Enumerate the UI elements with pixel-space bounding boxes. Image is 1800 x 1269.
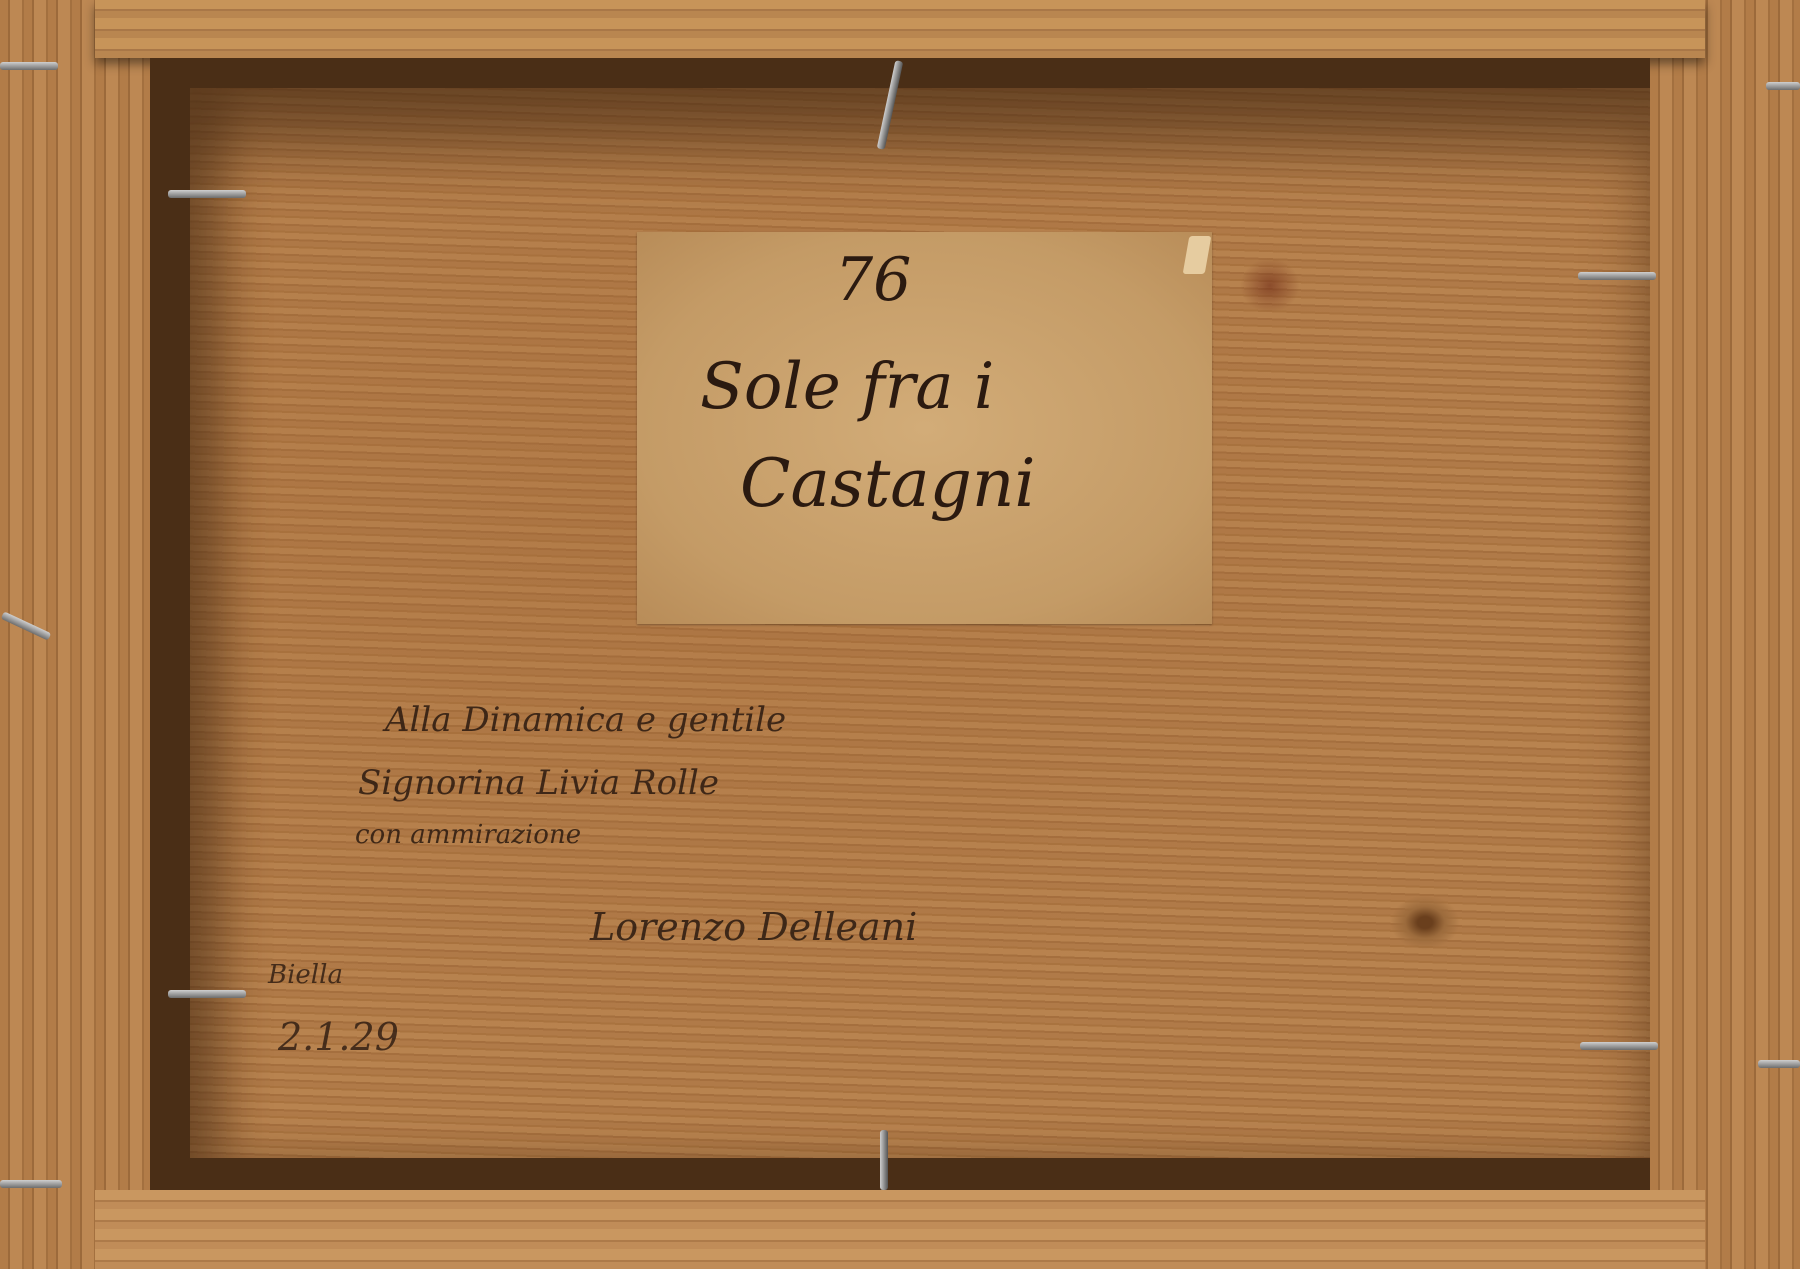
nail-icon: [168, 190, 246, 198]
inscription-line2: Signorina Livia Rolle: [358, 763, 719, 803]
frame-left-rail: [0, 0, 150, 1269]
inscription-line3: con ammirazione: [355, 820, 581, 850]
nail-icon: [1580, 1042, 1658, 1050]
nail-icon: [1758, 1060, 1800, 1068]
inscription-line1: Alla Dinamica e gentile: [385, 700, 786, 740]
nail-icon: [1578, 272, 1656, 280]
label-number: 76: [835, 245, 911, 315]
inscription-date: 2.1.29: [278, 1015, 399, 1059]
frame-top-rail: [95, 0, 1705, 58]
nail-icon: [168, 990, 246, 998]
nail-icon: [880, 1130, 888, 1190]
frame-bottom-rail: [95, 1190, 1705, 1269]
nail-icon: [0, 1180, 62, 1188]
label-title-line1: Sole fra i: [700, 350, 994, 424]
paper-label: [637, 232, 1212, 624]
signature: Lorenzo Delleani: [590, 905, 917, 949]
nail-icon: [1766, 82, 1800, 90]
nail-icon: [0, 62, 58, 70]
stain: [1240, 258, 1300, 313]
inscription-place: Biella: [268, 960, 343, 990]
frame-right-rail: [1650, 0, 1800, 1269]
wood-knot: [1390, 895, 1460, 950]
label-title-line2: Castagni: [740, 445, 1035, 522]
